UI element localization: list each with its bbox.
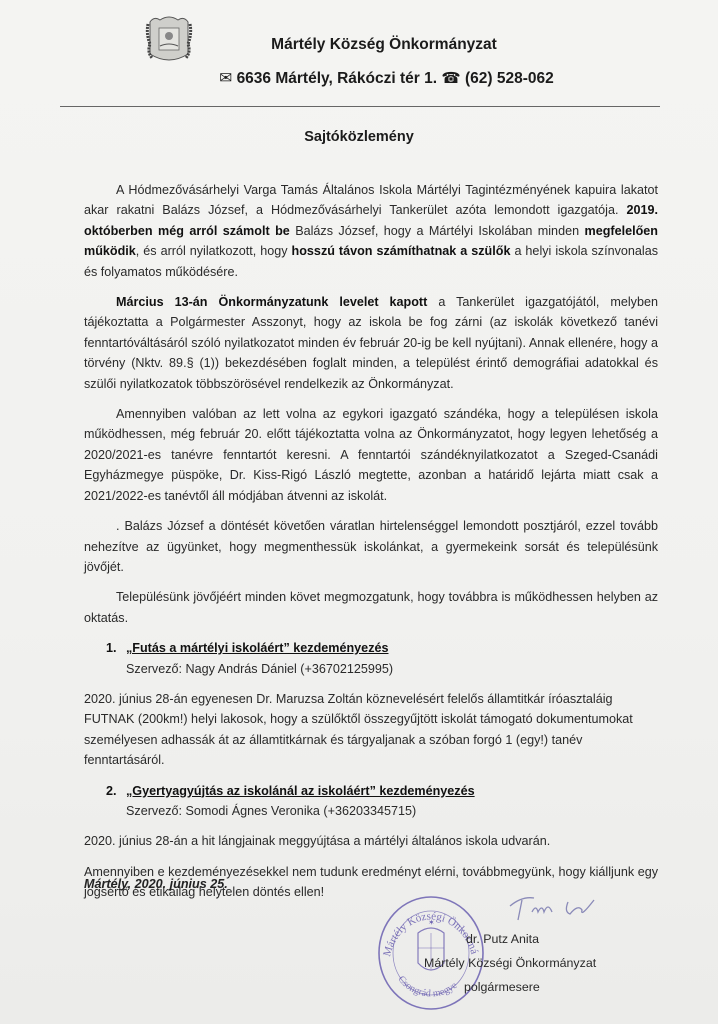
initiative-title: „Gyertyagyújtás az iskolánál az iskoláér… [126,784,475,798]
signature-block: dr. Putz Anita Mártély Községi Önkormány… [466,927,596,999]
envelope-icon: ✉ [219,70,232,87]
paragraph-5: Településünk jövőjéért minden követ megm… [84,587,658,628]
header-divider [60,106,660,107]
paragraph-4: . Balázs József a döntését követően vára… [84,516,658,577]
phone-number: (62) 528-062 [465,70,554,87]
paragraph-2: Március 13-án Önkormányzatunk levelet ka… [84,292,658,394]
document-title: Sajtóközlemény [0,129,718,145]
telephone-icon: ☎ [441,70,460,87]
svg-text:✶: ✶ [428,918,435,927]
initiative-organizer: Szervező: Nagy András Dániel (+367021259… [106,659,658,679]
address: 6636 Mártély, Rákóczi tér 1. [237,70,437,87]
paragraph-3: Amennyiben valóban az lett volna az egyk… [84,404,658,506]
initiative-2-description: 2020. június 28-án a hit lángjainak megg… [84,831,658,851]
press-release-page: Mártély Község Önkormányzat ✉ 6636 Márté… [0,0,718,1024]
initiative-1: 1.„Futás a mártélyi iskoláért” kezdemény… [106,638,658,679]
signatory-organization: Mártély Községi Önkormányzat [424,951,596,975]
handwritten-signature [508,890,598,926]
document-body: A Hódmezővásárhelyi Varga Tamás Általáno… [84,180,658,913]
signatory-role: polgármesere [464,975,596,999]
organization-name: Mártély Község Önkormányzat [0,36,718,54]
initiative-organizer: Szervező: Somodi Ágnes Veronika (+362033… [106,801,658,821]
svg-text:Csongrád megye: Csongrád megye [396,974,460,1000]
initiative-1-description: 2020. június 28-án egyenesen Dr. Maruzsa… [84,689,658,771]
paragraph-1: A Hódmezővásárhelyi Varga Tamás Általáno… [84,180,658,282]
initiative-title: „Futás a mártélyi iskoláért” kezdeményez… [126,641,389,655]
document-date: Mártély, 2020. június 25. [84,877,228,891]
contact-line: ✉ 6636 Mártély, Rákóczi tér 1. ☎ (62) 52… [0,69,718,88]
signatory-name: dr. Putz Anita [466,927,596,951]
initiative-2: 2.„Gyertyagyújtás az iskolánál az iskolá… [106,781,658,822]
